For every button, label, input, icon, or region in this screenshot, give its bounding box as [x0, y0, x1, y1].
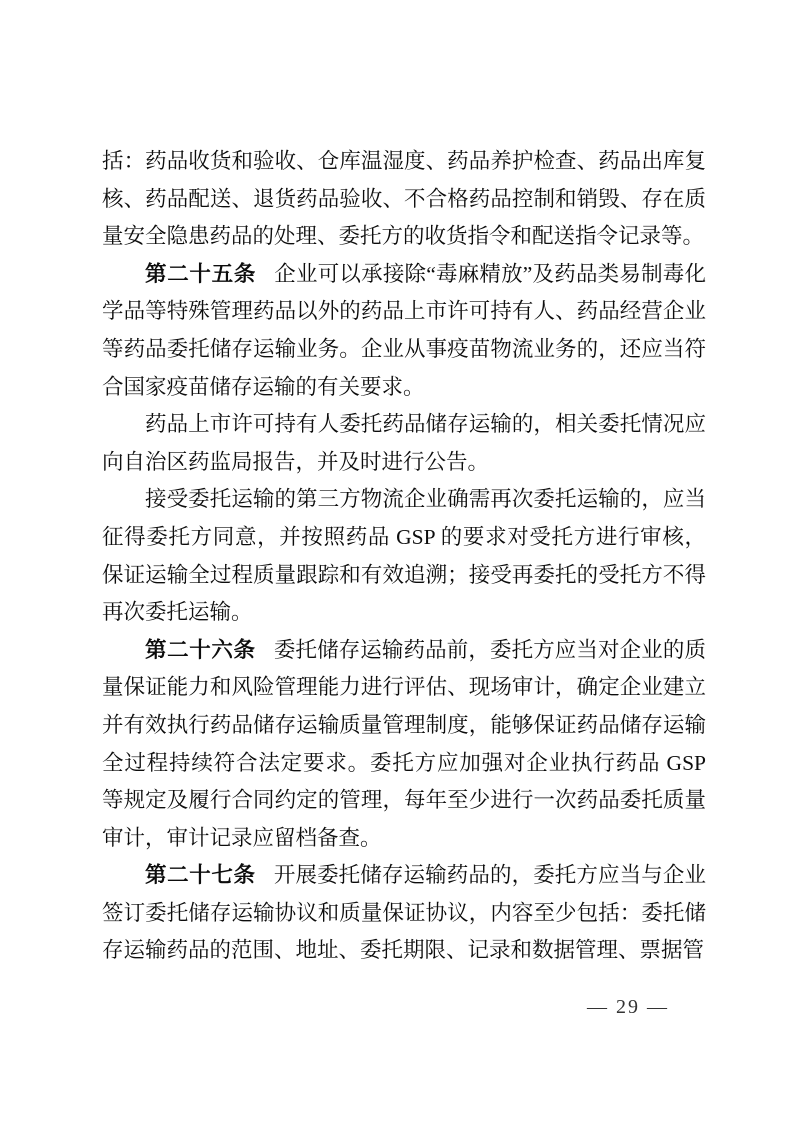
paragraph-text: 药品上市许可持有人委托药品储存运输的，相关委托情况应向自治区药监局报告，并及时进…: [102, 412, 706, 474]
paragraph-text: 括：药品收货和验收、仓库温湿度、药品养护检查、药品出库复核、药品配送、退货药品验…: [102, 149, 706, 248]
paragraph-article-25: 第二十五条企业可以承接除“毒麻精放”及药品类易制毒化学品等特殊管理药品以外的药品…: [102, 256, 706, 406]
paragraph-text: 接受委托运输的第三方物流企业确需再次委托运输的，应当征得委托方同意，并按照药品 …: [102, 487, 706, 624]
paragraph-retransport: 接受委托运输的第三方物流企业确需再次委托运输的，应当征得委托方同意，并按照药品 …: [102, 481, 706, 631]
document-page: 括：药品收货和验收、仓库温湿度、药品养护检查、药品出库复核、药品配送、退货药品验…: [0, 0, 793, 1122]
article-number-26: 第二十六条: [145, 638, 256, 662]
article-number-25: 第二十五条: [145, 262, 256, 286]
paragraph-text: 委托储存运输药品前，委托方应当对企业的质量保证能力和风险管理能力进行评估、现场审…: [102, 638, 706, 850]
paragraph-article-27: 第二十七条开展委托储存运输药品的，委托方应当与企业签订委托储存运输协议和质量保证…: [102, 857, 706, 970]
document-body: 括：药品收货和验收、仓库温湿度、药品养护检查、药品出库复核、药品配送、退货药品验…: [102, 143, 706, 970]
page-number: — 29 —: [587, 996, 669, 1018]
paragraph-holder-report: 药品上市许可持有人委托药品储存运输的，相关委托情况应向自治区药监局报告，并及时进…: [102, 406, 706, 481]
paragraph-article-26: 第二十六条委托储存运输药品前，委托方应当对企业的质量保证能力和风险管理能力进行评…: [102, 632, 706, 858]
article-number-27: 第二十七条: [145, 863, 256, 887]
paragraph-continuation: 括：药品收货和验收、仓库温湿度、药品养护检查、药品出库复核、药品配送、退货药品验…: [102, 143, 706, 256]
